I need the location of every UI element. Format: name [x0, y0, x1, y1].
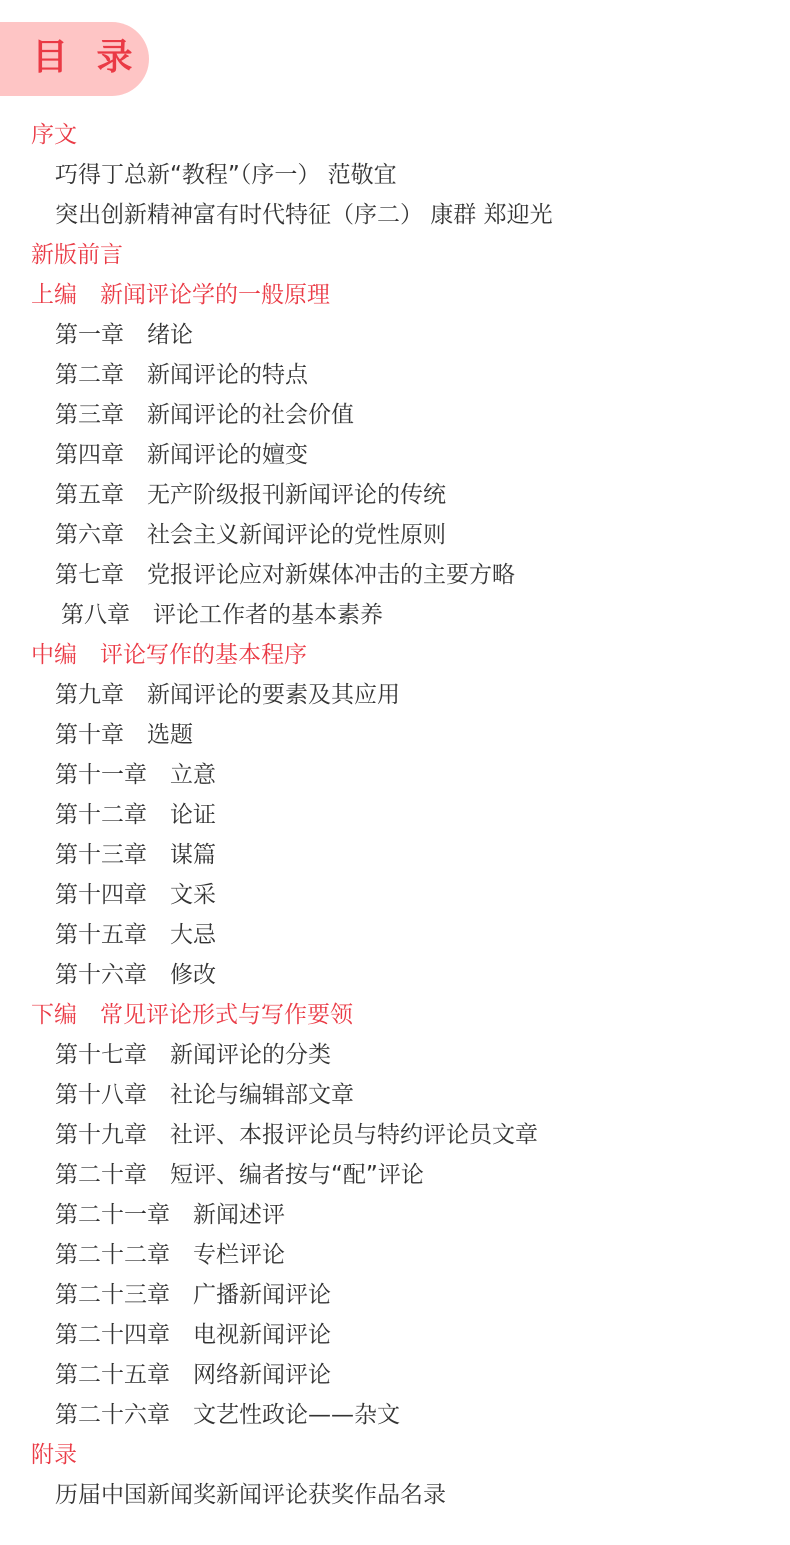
toc-chapter-item: 第二十三章 广播新闻评论: [0, 1275, 790, 1315]
toc-section-heading: 下编 常见评论形式与写作要领: [0, 995, 790, 1035]
toc-section-heading: 中编 评论写作的基本程序: [0, 635, 790, 675]
toc-chapter-item: 突出创新精神富有时代特征（序二） 康群 郑迎光: [0, 195, 790, 235]
toc-chapter-item: 历届中国新闻奖新闻评论获奖作品名录: [0, 1475, 790, 1515]
toc-chapter-item: 第十六章 修改: [0, 955, 790, 995]
toc-chapter-item: 第十二章 论证: [0, 795, 790, 835]
toc-chapter-item: 第一章 绪论: [0, 315, 790, 355]
toc-chapter-item: 第十五章 大忌: [0, 915, 790, 955]
toc-chapter-item: 第二十五章 网络新闻评论: [0, 1355, 790, 1395]
toc-chapter-item: 第二十六章 文艺性政论——杂文: [0, 1395, 790, 1435]
toc-section-heading: 新版前言: [0, 235, 790, 275]
toc-chapter-item: 第七章 党报评论应对新媒体冲击的主要方略: [0, 555, 790, 595]
toc-section-heading: 附录: [0, 1435, 790, 1475]
toc-chapter-item: 第五章 无产阶级报刊新闻评论的传统: [0, 475, 790, 515]
toc-chapter-item: 第十一章 立意: [0, 755, 790, 795]
toc-chapter-item: 第九章 新闻评论的要素及其应用: [0, 675, 790, 715]
toc-chapter-item: 第二章 新闻评论的特点: [0, 355, 790, 395]
toc-chapter-item: 第十九章 社评、本报评论员与特约评论员文章: [0, 1115, 790, 1155]
toc-header-pill: 目 录: [0, 22, 149, 96]
toc-chapter-item: 第十八章 社论与编辑部文章: [0, 1075, 790, 1115]
toc-chapter-item: 第二十章 短评、编者按与“配”评论: [0, 1155, 790, 1195]
toc-chapter-item: 第三章 新闻评论的社会价值: [0, 395, 790, 435]
toc-section-heading: 序文: [0, 115, 790, 155]
toc-chapter-item: 第十七章 新闻评论的分类: [0, 1035, 790, 1075]
table-of-contents: 序文巧得丁总新“教程”（序一） 范敬宜突出创新精神富有时代特征（序二） 康群 郑…: [0, 115, 790, 1515]
toc-chapter-item: 第二十一章 新闻述评: [0, 1195, 790, 1235]
toc-chapter-item: 第六章 社会主义新闻评论的党性原则: [0, 515, 790, 555]
toc-chapter-item: 巧得丁总新“教程”（序一） 范敬宜: [0, 155, 790, 195]
toc-section-heading: 上编 新闻评论学的一般原理: [0, 275, 790, 315]
page-title: 目 录: [32, 36, 141, 80]
toc-chapter-item: 第二十四章 电视新闻评论: [0, 1315, 790, 1355]
toc-chapter-item: 第八章 评论工作者的基本素养: [0, 595, 790, 635]
toc-chapter-item: 第十四章 文采: [0, 875, 790, 915]
toc-chapter-item: 第十章 选题: [0, 715, 790, 755]
toc-chapter-item: 第四章 新闻评论的嬗变: [0, 435, 790, 475]
toc-chapter-item: 第二十二章 专栏评论: [0, 1235, 790, 1275]
toc-chapter-item: 第十三章 谋篇: [0, 835, 790, 875]
